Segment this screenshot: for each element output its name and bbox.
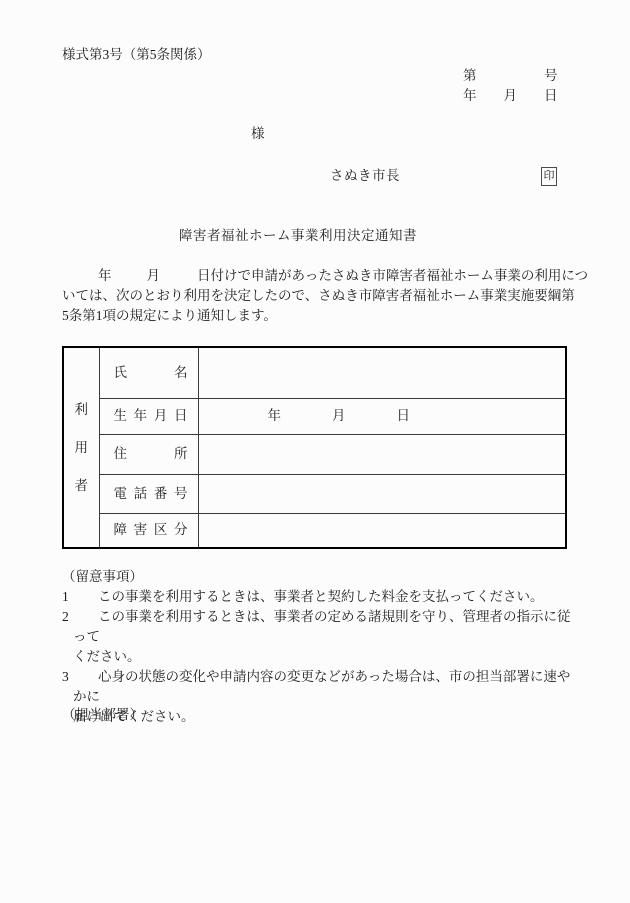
body-line-1: 年月日付けで申請があったさぬき市障害者福祉ホーム事業の利用につ (62, 266, 570, 286)
birthdate-label: 生年月日 (114, 409, 188, 423)
table-group-label-user: 利 用 者 (63, 347, 99, 548)
notes-heading: （留意事項） (62, 567, 572, 587)
note-line: 1この事業を利用するときは、事業者と契約した料金を支払ってください。 (73, 587, 572, 607)
group-char: 利 (64, 403, 99, 417)
table-row: 住所 (63, 434, 566, 474)
document-title: 障害者福祉ホーム事業利用決定通知書 (62, 226, 534, 246)
document-number-line: 第 号 (463, 66, 558, 86)
seal-box: 印 (541, 167, 557, 186)
phone-label: 電話番号 (114, 487, 188, 501)
note-marker: 2 (62, 607, 98, 627)
address-value-cell (198, 434, 566, 474)
note-text: この事業を利用するときは、事業者の定める諸規則を守り、管理者の指示に従って (73, 609, 571, 644)
birthdate-day-blank: 日 (397, 408, 411, 423)
table-row: 生年月日 年月日 (63, 398, 566, 434)
birthdate-value-cell: 年月日 (198, 398, 566, 434)
sender-name: さぬき市長 (330, 166, 400, 186)
name-label: 氏名 (114, 366, 188, 380)
address-label-cell: 住所 (99, 434, 198, 474)
document-date-line: 年 月 日 (463, 86, 558, 106)
phone-value-cell (198, 474, 566, 513)
notes-section: （留意事項） 1この事業を利用するときは、事業者と契約した料金を支払ってください… (62, 567, 572, 727)
name-label-cell: 氏名 (99, 347, 198, 398)
body-line-3: 5条第1項の規定により通知します。 (62, 306, 570, 326)
note-line: 2この事業を利用するときは、事業者の定める諸規則を守り、管理者の指示に従って (73, 607, 572, 647)
birthdate-label-cell: 生年月日 (99, 398, 198, 434)
birthdate-month-blank: 月 (332, 408, 346, 423)
disability-class-value-cell (198, 513, 566, 548)
note-line: ください。 (73, 647, 572, 667)
phone-label-cell: 電話番号 (99, 474, 198, 513)
addressee-suffix: 様 (251, 124, 265, 144)
note-text: 心身の状態の変化や申請内容の変更などがあった場合は、市の担当部署に速やかに (73, 669, 570, 704)
form-number-label: 様式第3号（第5条関係） (62, 45, 211, 65)
body-line-1-text: 日付けで申請があったさぬき市障害者福祉ホーム事業の利用につ (197, 268, 588, 283)
note-marker: 3 (62, 667, 98, 687)
disability-class-label-cell: 障害区分 (99, 513, 198, 548)
table-row: 電話番号 (63, 474, 566, 513)
note-line: 3心身の状態の変化や申請内容の変更などがあった場合は、市の担当部署に速やかに (73, 667, 572, 707)
note-marker: 1 (62, 587, 98, 607)
body-line-2: いては、次のとおり利用を決定したので、さぬき市障害者福祉ホーム事業実施要綱第 (62, 286, 570, 306)
body-month-blank: 月 (147, 268, 161, 283)
disability-class-label: 障害区分 (114, 523, 188, 537)
body-year-blank: 年 (98, 268, 112, 283)
table-row: 障害区分 (63, 513, 566, 548)
document-page: 様式第3号（第5条関係） 第 号 年 月 日 様 さぬき市長 印 障害者福祉ホー… (0, 0, 630, 903)
note-item-1: 1この事業を利用するときは、事業者と契約した料金を支払ってください。 (62, 587, 572, 607)
note-line: 届け出てください。 (73, 707, 572, 727)
department-label: （担当部署） (62, 705, 143, 725)
seal-character: 印 (544, 171, 555, 182)
table-row: 利 用 者 氏名 (63, 347, 566, 398)
address-label: 住所 (114, 447, 188, 461)
note-item-2: 2この事業を利用するときは、事業者の定める諸規則を守り、管理者の指示に従って く… (62, 607, 572, 667)
applicant-info-table: 利 用 者 氏名 生年月日 年月日 住所 電話番号 (62, 346, 567, 549)
name-value-cell (198, 347, 566, 398)
note-text: この事業を利用するときは、事業者と契約した料金を支払ってください。 (98, 589, 544, 604)
birthdate-year-blank: 年 (268, 408, 282, 423)
group-char: 用 (64, 441, 99, 455)
group-char: 者 (64, 479, 99, 493)
body-paragraph: 年月日付けで申請があったさぬき市障害者福祉ホーム事業の利用につ いては、次のとお… (62, 266, 570, 326)
